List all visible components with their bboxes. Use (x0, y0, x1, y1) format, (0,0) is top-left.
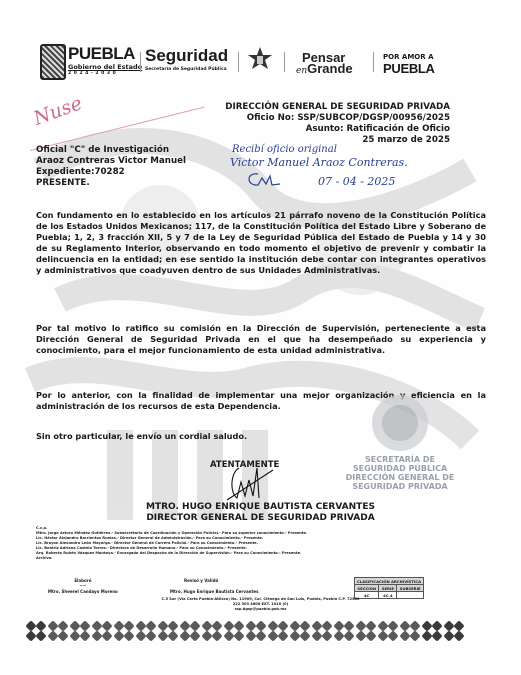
archival-classification-table: CLASIFICACIÓN ARCHIVÍSTICA SECCIÓN SERIE… (354, 577, 424, 599)
elaboro-block: Elaboró ~~ Mtro. Sheerel Candayo Moreno (48, 578, 118, 594)
reviso-block: Revisó y Validó Mtro. Hugo Enrique Bauti… (170, 578, 259, 594)
seguridad-logo: Seguridad (145, 46, 228, 66)
divider (238, 52, 239, 72)
mexico-seal-icon (372, 395, 428, 451)
document-page: PUEBLA Gobierno del Estado 2024-2030 Seg… (0, 0, 521, 675)
flower-ornament-icon (400, 621, 420, 641)
flower-ornament-icon (246, 621, 266, 641)
flower-ornament-icon (268, 621, 288, 641)
por-amor-logo: POR AMOR A (383, 53, 434, 61)
flower-ornament-icon (92, 621, 112, 641)
flower-ornament-icon (224, 621, 244, 641)
decorative-border-band (26, 621, 466, 641)
document-heading: DIRECCIÓN GENERAL DE SEGURIDAD PRIVADA O… (225, 102, 450, 146)
addressee-block: Oficial "C" de Investigación Araoz Contr… (36, 145, 186, 189)
puebla-logo-subtitle: Gobierno del Estado (68, 63, 142, 71)
handwritten-receipt-note: Recibí oficio original (232, 144, 337, 156)
oficio-number: Oficio No: SSP/SUBCOP/DGSP/00956/2025 (225, 113, 450, 124)
divider (373, 52, 374, 72)
handwritten-initials-icon (244, 170, 284, 190)
stamp-line: DIRECCIÓN GENERAL DE (340, 473, 460, 482)
addressee-presente: PRESENTE. (36, 178, 186, 189)
signer-name: MTRO. HUGO ENRIQUE BAUTISTA CERVANTES (0, 502, 521, 513)
handwritten-receipt-date: 07 - 04 - 2025 (318, 176, 395, 188)
state-crest-icon (40, 44, 66, 80)
classification-header: SECCIÓN (355, 585, 379, 592)
en-text: en (296, 66, 307, 76)
flower-ornament-icon (158, 621, 178, 641)
flower-ornament-icon (202, 621, 222, 641)
divider (284, 52, 285, 72)
grande-text: Grande (307, 61, 353, 76)
handwritten-receipt-name: Victor Manuel Araoz Contreras. (230, 157, 408, 169)
stamp-line: SEGURIDAD PÚBLICA (340, 464, 460, 473)
flower-ornament-icon (356, 621, 376, 641)
elaboro-name: Mtro. Sheerel Candayo Moreno (48, 589, 118, 594)
puebla-amor-logo: PUEBLA (383, 61, 435, 76)
puebla-logo: PUEBLA (68, 44, 135, 64)
classification-header: SERIE (379, 585, 397, 592)
flower-ornament-icon (334, 621, 354, 641)
footer-contact: C.5 Sur (Vía Corta Puebla-Atlixco) No. 1… (0, 597, 521, 612)
pink-handwritten-note: Nuse (31, 92, 85, 130)
addressee-name: Araoz Contreras Victor Manuel (36, 156, 186, 167)
header-logos: PUEBLA Gobierno del Estado 2024-2030 Seg… (40, 44, 480, 84)
ccp-list: C.c.p. Mtro. Jorge Arturo Méndez Gutiérr… (36, 526, 307, 561)
flower-ornament-icon (48, 621, 68, 641)
signature-icon (225, 462, 275, 502)
signer-block: MTRO. HUGO ENRIQUE BAUTISTA CERVANTES DI… (0, 502, 521, 524)
classification-header: SUBSERIE (397, 585, 424, 592)
flower-ornament-icon (70, 621, 90, 641)
addressee-expediente: Expediente:70282 (36, 167, 186, 178)
seguridad-logo-subtitle: Secretaría de Seguridad Pública (145, 67, 227, 72)
grande-logo: enGrande (296, 61, 353, 76)
flower-ornament-icon (26, 621, 46, 641)
flower-ornament-icon (136, 621, 156, 641)
flower-ornament-icon (312, 621, 332, 641)
flower-ornament-icon (378, 621, 398, 641)
body-paragraph-2: Por tal motivo lo ratifico su comisión e… (36, 323, 486, 356)
stamp-line: SECRETARÍA DE (340, 455, 460, 464)
police-star-icon (247, 47, 273, 73)
flower-ornament-icon (114, 621, 134, 641)
signer-title: DIRECTOR GENERAL DE SEGURIDAD PRIVADA (0, 513, 521, 524)
flower-ornament-icon (422, 621, 442, 641)
puebla-logo-years: 2024-2030 (68, 71, 118, 76)
ccp-line: Arq. Roberto Rubén Vázquez Montoya.- Enc… (36, 551, 307, 556)
body-paragraph-1: Con fundamento en lo establecido en los … (36, 210, 486, 277)
flower-ornament-icon (444, 621, 464, 641)
official-stamp: SECRETARÍA DE SEGURIDAD PÚBLICA DIRECCIÓ… (340, 395, 460, 505)
reviso-name: Mtro. Hugo Enrique Bautista Cervantes (170, 589, 259, 594)
department-name: DIRECCIÓN GENERAL DE SEGURIDAD PRIVADA (225, 102, 450, 113)
addressee-rank: Oficial "C" de Investigación (36, 145, 186, 156)
asunto: Asunto: Ratificación de Oficio (225, 124, 450, 135)
ccp-line: Archivo. (36, 556, 307, 561)
stamp-line: SEGURIDAD PRIVADA (340, 482, 460, 491)
flower-ornament-icon (290, 621, 310, 641)
footer-email: ssp.dgsp@puebla.gob.mx (0, 607, 521, 612)
divider (140, 52, 141, 72)
classification-title: CLASIFICACIÓN ARCHIVÍSTICA (355, 578, 424, 585)
flower-ornament-icon (180, 621, 200, 641)
